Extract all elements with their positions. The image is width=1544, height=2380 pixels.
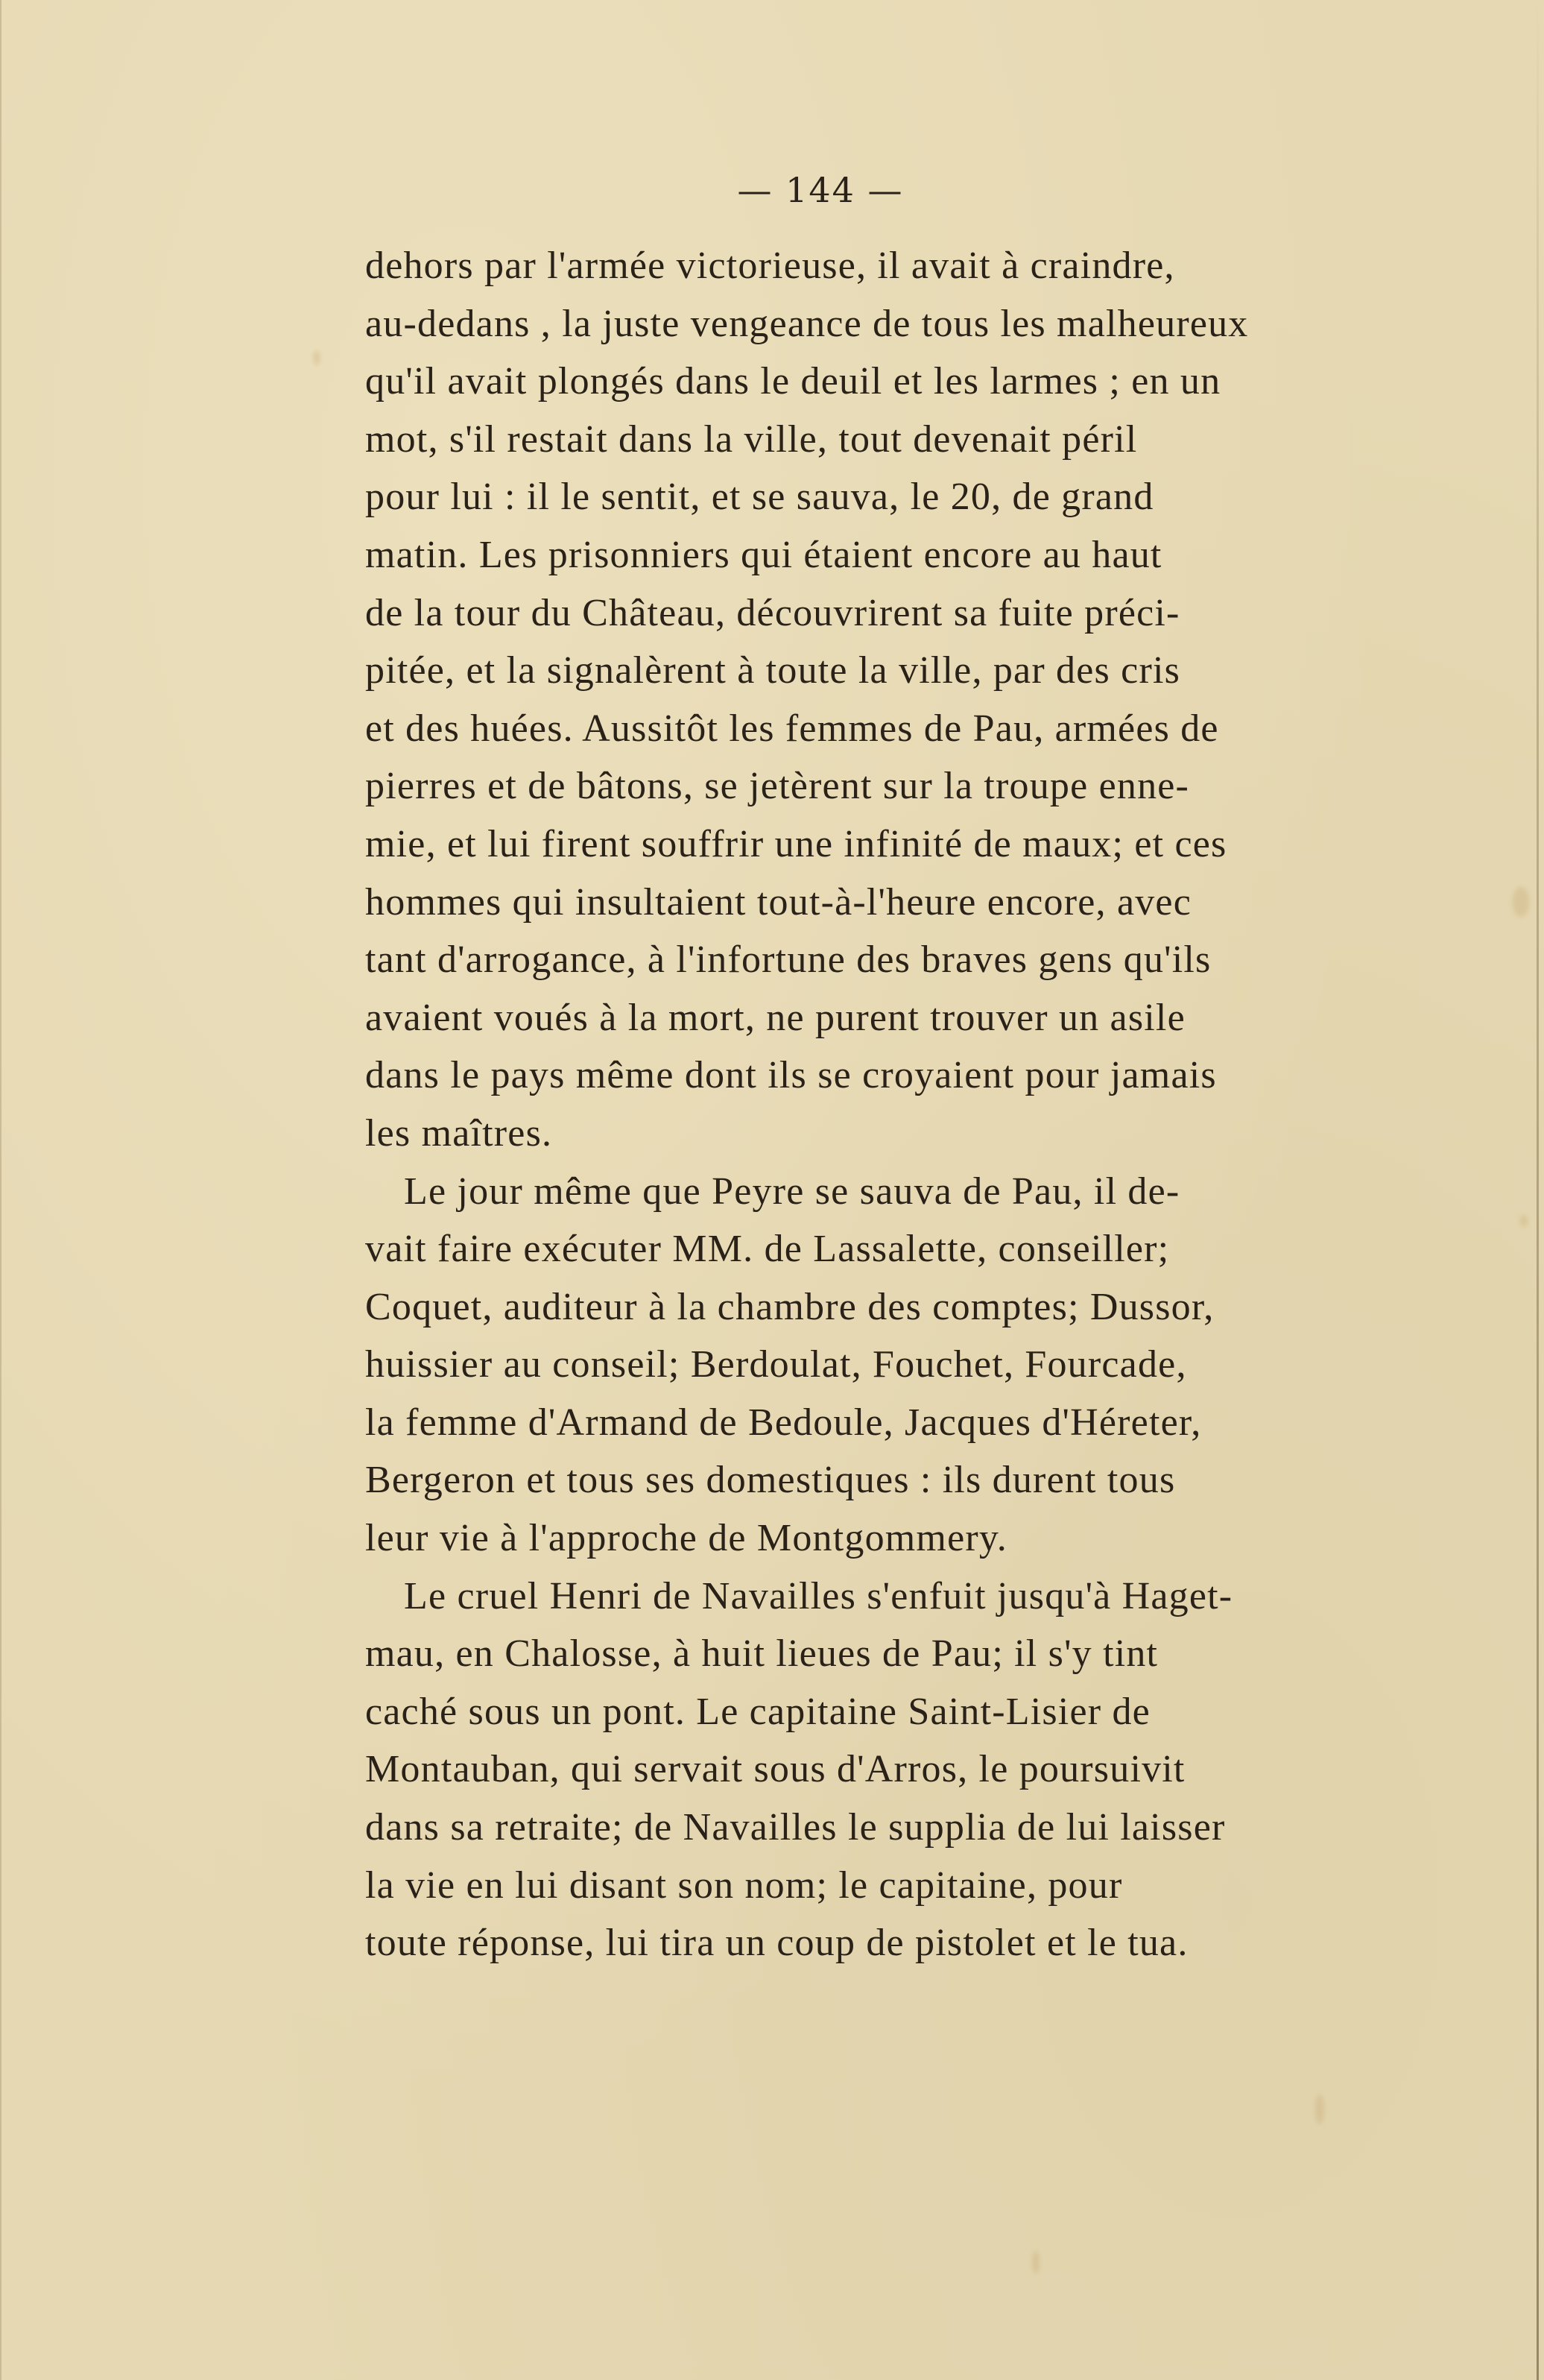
page-number: — 144 — bbox=[0, 170, 1544, 210]
text-line: mie, et lui firent souffrir une infinité… bbox=[365, 815, 1402, 874]
text-line: huissier au conseil; Berdoulat, Fouchet,… bbox=[365, 1336, 1402, 1394]
page-left-edge bbox=[0, 0, 1, 2380]
paragraph-end-line: les maîtres. bbox=[365, 1105, 1402, 1163]
text-line: avaient voués à la mort, ne purent trouv… bbox=[365, 989, 1402, 1047]
text-line: qu'il avait plongés dans le deuil et les… bbox=[365, 353, 1402, 411]
text-line: vait faire exécuter MM. de Lassalette, c… bbox=[365, 1220, 1402, 1278]
text-line: pierres et de bâtons, se jetèrent sur la… bbox=[365, 757, 1402, 815]
text-line: au-dedans , la juste vengeance de tous l… bbox=[365, 295, 1402, 353]
text-line: pitée, et la signalèrent à toute la vill… bbox=[365, 642, 1402, 700]
text-line: dans le pays même dont ils se croyaient … bbox=[365, 1047, 1402, 1105]
foxing-stain bbox=[313, 350, 320, 365]
foxing-stain bbox=[1032, 2251, 1040, 2273]
text-line: et des huées. Aussitôt les femmes de Pau… bbox=[365, 700, 1402, 758]
text-line: hommes qui insultaient tout-à-l'heure en… bbox=[365, 874, 1402, 932]
text-line: tant d'arrogance, à l'infortune des brav… bbox=[365, 931, 1402, 989]
paragraph-start-line: Le cruel Henri de Navailles s'enfuit jus… bbox=[365, 1568, 1402, 1626]
text-line: caché sous un pont. Le capitaine Saint-L… bbox=[365, 1683, 1402, 1741]
book-page: — 144 — dehors par l'armée victorieuse, … bbox=[0, 0, 1544, 2380]
page-right-edge bbox=[1537, 0, 1539, 2380]
text-line: mot, s'il restait dans la ville, tout de… bbox=[365, 411, 1402, 469]
text-line: pour lui : il le sentit, et se sauva, le… bbox=[365, 468, 1402, 526]
foxing-stain bbox=[1513, 887, 1529, 917]
text-line: Coquet, auditeur à la chambre des compte… bbox=[365, 1278, 1402, 1336]
text-line: dehors par l'armée victorieuse, il avait… bbox=[365, 237, 1402, 295]
text-line: dans sa retraite; de Navailles le suppli… bbox=[365, 1799, 1402, 1857]
foxing-stain bbox=[1315, 2095, 1324, 2124]
foxing-stain bbox=[1520, 1215, 1528, 1227]
text-line: Montauban, qui servait sous d'Arros, le … bbox=[365, 1740, 1402, 1799]
text-line: la femme d'Armand de Bedoule, Jacques d'… bbox=[365, 1394, 1402, 1452]
text-line: matin. Les prisonniers qui étaient encor… bbox=[365, 526, 1402, 584]
text-line: mau, en Chalosse, à huit lieues de Pau; … bbox=[365, 1625, 1402, 1683]
text-line: la vie en lui disant son nom; le capitai… bbox=[365, 1857, 1402, 1915]
body-text: dehors par l'armée victorieuse, il avait… bbox=[365, 237, 1402, 1972]
text-line: Bergeron et tous ses domestiques : ils d… bbox=[365, 1451, 1402, 1509]
paragraph-end-line: toute réponse, lui tira un coup de pisto… bbox=[365, 1914, 1402, 1972]
paragraph-start-line: Le jour même que Peyre se sauva de Pau, … bbox=[365, 1163, 1402, 1221]
text-line: de la tour du Château, découvrirent sa f… bbox=[365, 584, 1402, 643]
paragraph-end-line: leur vie à l'approche de Montgommery. bbox=[365, 1509, 1402, 1568]
